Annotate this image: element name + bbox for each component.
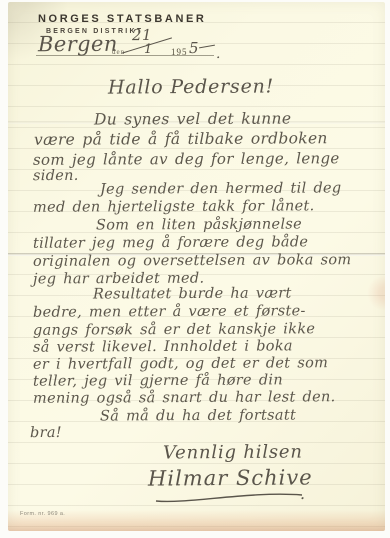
- letter-line: jeg har arbeidet med.: [33, 271, 204, 288]
- letter-line: så verst likevel. Innholdet i boka: [33, 338, 293, 355]
- letterhead-company: NORGES STATSBANER: [38, 13, 206, 25]
- date-place: Bergen: [38, 32, 118, 57]
- letter-line: siden.: [33, 168, 79, 184]
- signature: Hilmar Schive: [148, 465, 313, 490]
- letter-line: bedre, men etter å være et første-: [33, 303, 306, 320]
- salutation: Hallo Pedersen!: [108, 75, 274, 98]
- date-year-written: 5: [189, 39, 199, 57]
- signature-period: .: [300, 484, 306, 503]
- date-month: 1: [144, 42, 153, 57]
- letter-paper: NORGES STATSBANER BERGEN DISTRIKT Bergen…: [8, 2, 385, 531]
- letter-line: Så må du ha det fortsatt: [100, 407, 296, 424]
- letter-line: med den hjerteligste takk for lånet.: [33, 198, 315, 215]
- letter-line: Som en liten påskjønnelse: [96, 216, 302, 233]
- letter-line: være på tide å få tilbake ordboken: [34, 129, 328, 149]
- letter-line: teller, jeg vil gjerne få høre din: [33, 372, 283, 389]
- closing: Vennlig hilsen: [163, 442, 303, 464]
- signature-flourish: [154, 490, 304, 504]
- letter-line: Resultatet burde ha vært: [93, 285, 292, 302]
- letter-line: gangs forsøk så er det kanskje ikke: [33, 321, 315, 338]
- letter-line: Jeg sender den hermed til deg: [100, 180, 342, 197]
- date-year-dash: [199, 45, 215, 49]
- form-number: Form. nr. 969 a.: [20, 511, 65, 517]
- letter-line: bra!: [30, 425, 62, 441]
- date-period: .: [216, 46, 221, 62]
- letter-line: mening også så snart du har lest den.: [33, 389, 336, 407]
- letter-line: som jeg lånte av deg for lenge, lenge: [33, 149, 340, 169]
- date-year-printed: 195: [171, 47, 188, 57]
- letter-line: originalen og oversettelsen av boka som: [33, 252, 351, 270]
- letter-line: tillater jeg meg å forære deg både: [33, 234, 308, 251]
- letter-line: Du synes vel det kunne: [94, 109, 291, 128]
- scanned-letter: NORGES STATSBANER BERGEN DISTRIKT Bergen…: [0, 0, 390, 538]
- letter-line: er i hvertfall godt, og det er det som: [33, 355, 328, 373]
